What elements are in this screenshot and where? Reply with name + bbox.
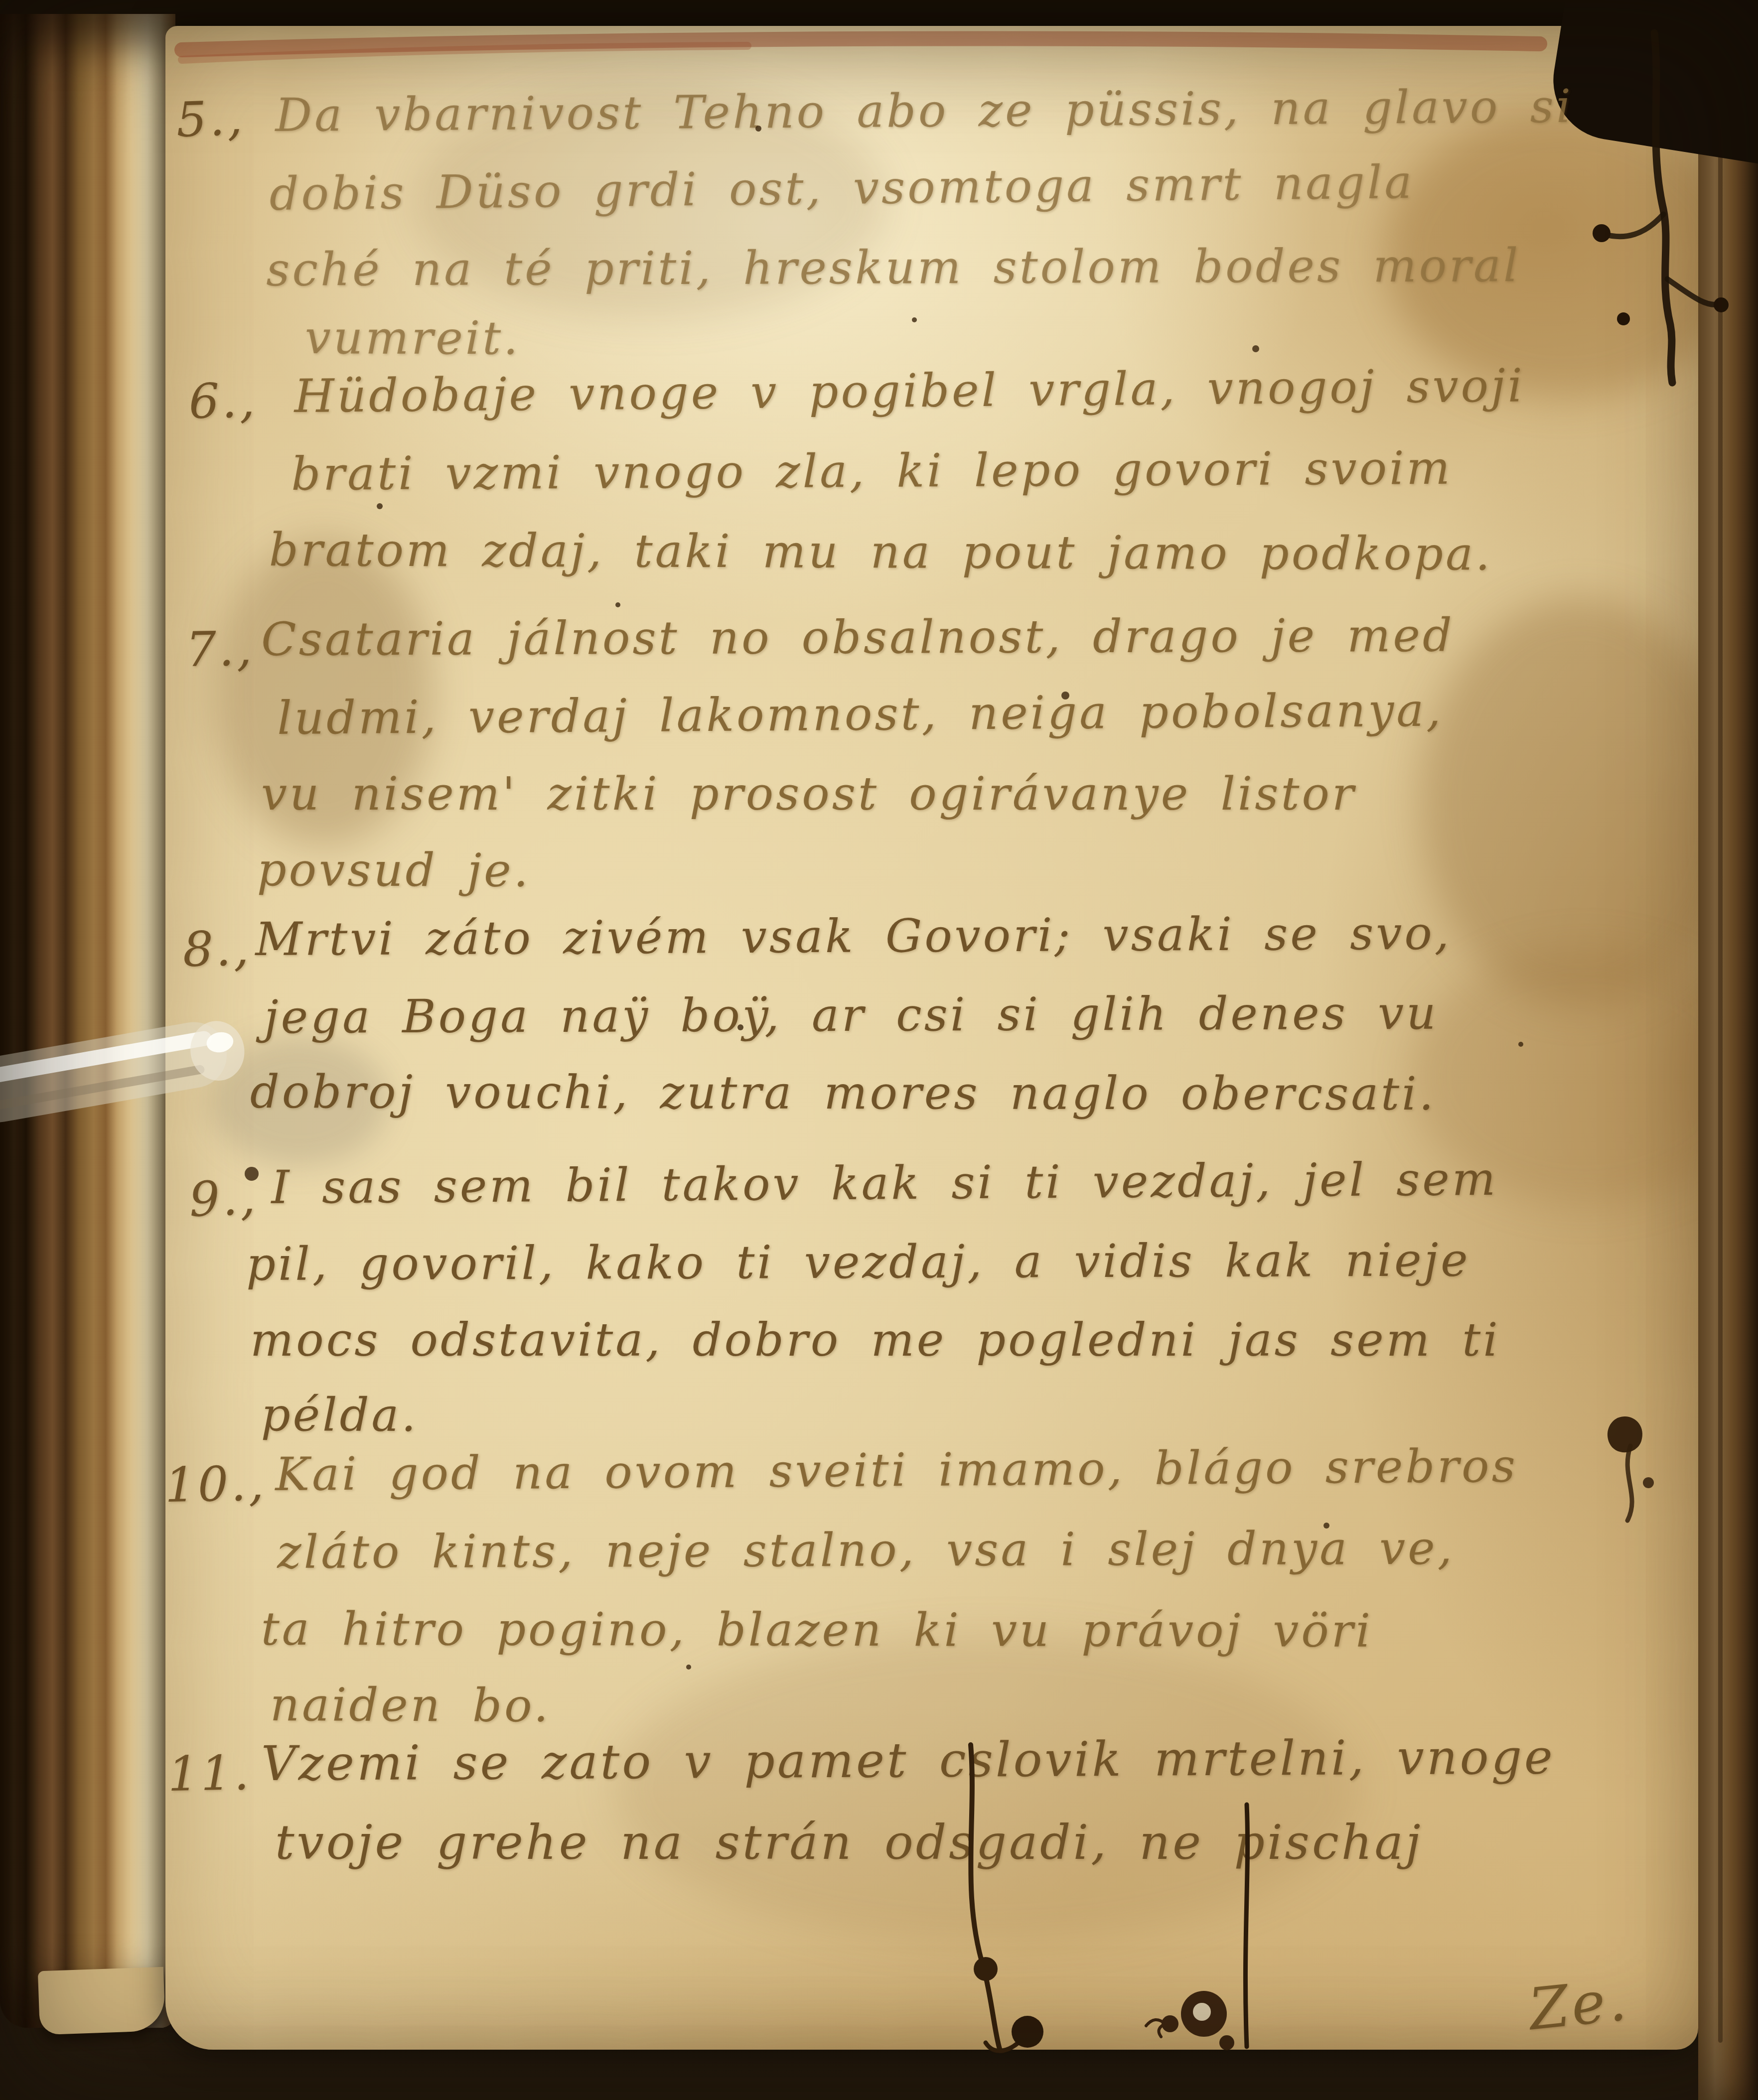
item-number: 6.,: [188, 373, 258, 429]
manuscript-line: ludmi, verdaj lakomnost, neiga pobolsany…: [277, 684, 1444, 745]
manuscript-line: Csataria jálnost no obsalnost, drago je …: [261, 609, 1455, 666]
manuscript-line: ta hitro pogino, blazen ki vu právoj vör…: [261, 1602, 1373, 1658]
manuscript-line: Mrtvi záto zivém vsak Govori; vsaki se s…: [255, 906, 1452, 966]
manuscript-line: sché na té priti, hreskum stolom bodes m…: [266, 239, 1520, 296]
book-page-stack-edge: [0, 14, 175, 2028]
catchword: Ze.: [1526, 1966, 1631, 2043]
manuscript-line: Hüdobaje vnoge v pogibel vrgla, vnogoj s…: [294, 359, 1525, 423]
manuscript-line: példa.: [261, 1388, 419, 1442]
manuscript-line: naiden bo.: [270, 1678, 551, 1732]
item-number: 8.,: [182, 921, 252, 978]
item-number: 5.,: [175, 90, 246, 148]
manuscript-line: jega Boga naÿ boÿ, ar csi si glih denes …: [264, 986, 1438, 1044]
facing-page-fore-edge: [1698, 0, 1758, 2100]
manuscript-line: brati vzmi vnogo zla, ki lepo govori svo…: [291, 441, 1453, 501]
manuscript-line: Vzemi se zato v pamet cslovik mrtelni, v…: [261, 1729, 1555, 1792]
manuscript-line: vumreit.: [305, 311, 521, 365]
manuscript-line: Da vbarnivost Tehno abo ze püssis, na gl…: [275, 80, 1573, 142]
manuscript-line: povsud je.: [257, 843, 531, 897]
item-number: 9.,: [188, 1169, 259, 1228]
fore-edge-crease: [1718, 60, 1723, 2043]
manuscript-line: vu nisem' zitki prosost ogirávanye listo…: [261, 767, 1356, 821]
manuscript-line: dobroj vouchi, zutra mores naglo obercsa…: [250, 1065, 1436, 1120]
manuscript-line: bratom zdaj, taki mu na pout jamo podkop…: [269, 523, 1493, 581]
item-number: 7.,: [185, 621, 255, 678]
manuscript-line: pil, govoril, kako ti vezdaj, a vidis ka…: [246, 1233, 1470, 1291]
photograph-of-manuscript: { "page": { "catchword": "Ze.", "items":…: [0, 0, 1758, 2100]
manuscript-line: zláto kints, neje stalno, vsa i slej dny…: [277, 1522, 1455, 1579]
manuscript-line: tvoje grehe na strán odsgadi, ne pischaj: [275, 1815, 1423, 1870]
item-number: 10.,: [164, 1455, 267, 1513]
manuscript-line: mocs odstavita, dobro me pogledni jas se…: [250, 1313, 1500, 1367]
manuscript-line: I sas sem bil takov kak si ti vezdaj, je…: [271, 1152, 1498, 1214]
manuscript-line: Kai god na ovom sveiti imamo, blágo sreb…: [275, 1439, 1518, 1501]
item-number: 11.: [167, 1745, 252, 1802]
underlying-page-corner: [38, 1967, 165, 2035]
